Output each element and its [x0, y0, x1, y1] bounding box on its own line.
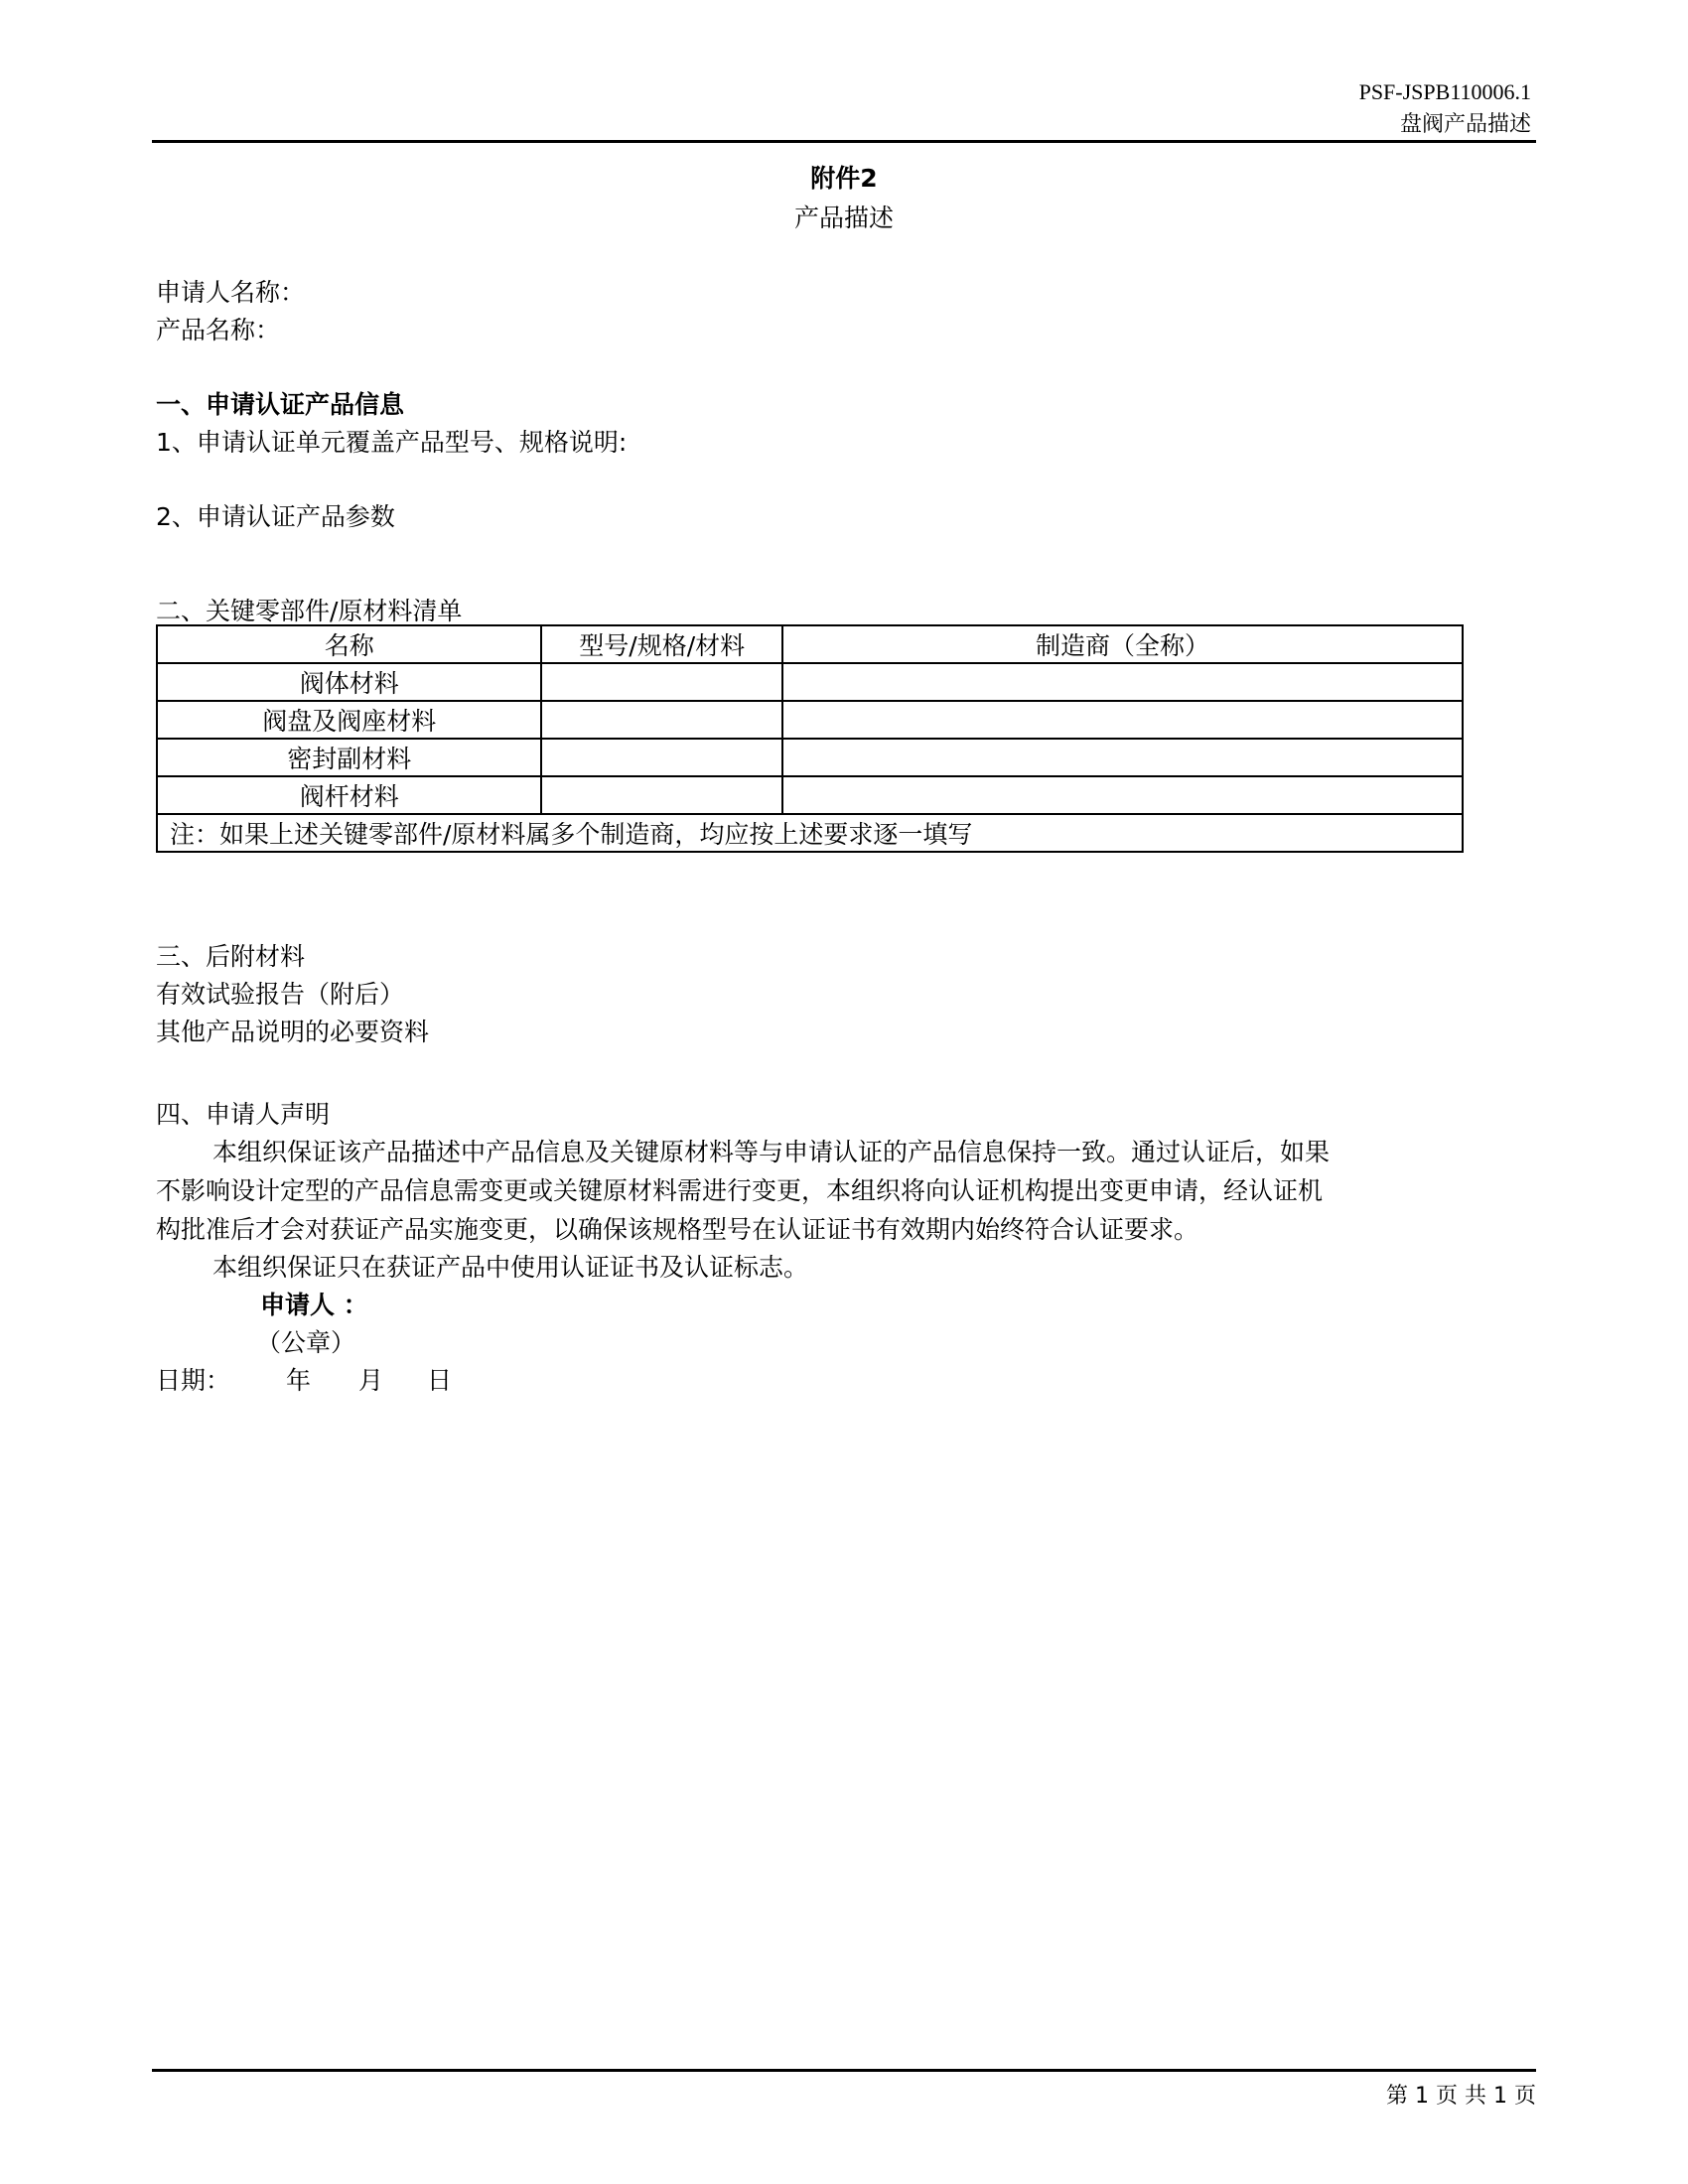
date-month-label: 月 — [358, 1361, 383, 1397]
column-header-manufacturer: 制造商（全称） — [782, 625, 1463, 663]
page-title: 产品描述 — [0, 199, 1688, 234]
table-note-row: 注：如果上述关键零部件/原材料属多个制造商，均应按上述要求逐一填写 — [157, 814, 1463, 852]
component-manufacturer-cell[interactable] — [782, 739, 1463, 776]
section3-item2: 其他产品说明的必要资料 — [156, 1013, 429, 1048]
declaration-paragraph-line3: 构批准后才会对获证产品实施变更，以确保该规格型号在认证证书有效期内始终符合认证要… — [156, 1210, 1198, 1246]
section2-heading: 二、关键零部件/原材料清单 — [156, 592, 462, 627]
applicant-signature-label: 申请人 ： — [260, 1286, 368, 1321]
attachment-title: 附件2 — [0, 159, 1688, 195]
document-code: PSF-JSPB110006.1 — [1359, 79, 1531, 105]
header-rule — [152, 140, 1536, 143]
component-name: 阀盘及阀座材料 — [157, 701, 541, 739]
table-row: 密封副材料 — [157, 739, 1463, 776]
table-note: 注：如果上述关键零部件/原材料属多个制造商，均应按上述要求逐一填写 — [157, 814, 1463, 852]
component-model-cell[interactable] — [541, 776, 782, 814]
declaration-paragraph-line1: 本组织保证该产品描述中产品信息及关键原材料等与申请认证的产品信息保持一致。通过认… — [212, 1133, 1330, 1168]
component-name: 阀体材料 — [157, 663, 541, 701]
section1-item1: 1、申请认证单元覆盖产品型号、规格说明: — [156, 423, 627, 459]
section1-item2: 2、申请认证产品参数 — [156, 497, 395, 533]
component-manufacturer-cell[interactable] — [782, 701, 1463, 739]
section3-heading: 三、后附材料 — [156, 937, 305, 973]
document-header-title: 盘阀产品描述 — [1400, 107, 1531, 138]
column-header-name: 名称 — [157, 625, 541, 663]
date-year-label: 年 — [286, 1361, 311, 1397]
applicant-name-label: 申请人名称： — [156, 273, 305, 309]
table-row: 阀体材料 — [157, 663, 1463, 701]
product-name-label: 产品名称： — [156, 311, 280, 346]
component-model-cell[interactable] — [541, 701, 782, 739]
section1-heading: 一、申请认证产品信息 — [156, 385, 404, 421]
official-seal-label: （公章） — [256, 1323, 355, 1359]
key-components-table: 名称 型号/规格/材料 制造商（全称） 阀体材料 阀盘及阀座材料 密封副材料 阀… — [156, 624, 1464, 853]
component-manufacturer-cell[interactable] — [782, 776, 1463, 814]
table-header-row: 名称 型号/规格/材料 制造商（全称） — [157, 625, 1463, 663]
section4-heading: 四、申请人声明 — [156, 1095, 330, 1131]
declaration-paragraph2: 本组织保证只在获证产品中使用认证证书及认证标志。 — [212, 1248, 808, 1284]
declaration-paragraph-line2: 不影响设计定型的产品信息需变更或关键原材料需进行变更，本组织将向认证机构提出变更… — [156, 1171, 1323, 1207]
table-row: 阀盘及阀座材料 — [157, 701, 1463, 739]
component-manufacturer-cell[interactable] — [782, 663, 1463, 701]
date-label: 日期： — [156, 1361, 230, 1397]
component-model-cell[interactable] — [541, 739, 782, 776]
component-name: 阀杆材料 — [157, 776, 541, 814]
footer-rule — [152, 2069, 1536, 2072]
component-name: 密封副材料 — [157, 739, 541, 776]
date-day-label: 日 — [427, 1361, 452, 1397]
column-header-model: 型号/规格/材料 — [541, 625, 782, 663]
section3-item1: 有效试验报告（附后） — [156, 975, 404, 1011]
component-model-cell[interactable] — [541, 663, 782, 701]
table-row: 阀杆材料 — [157, 776, 1463, 814]
page-number: 第 1 页 共 1 页 — [1386, 2079, 1536, 2110]
